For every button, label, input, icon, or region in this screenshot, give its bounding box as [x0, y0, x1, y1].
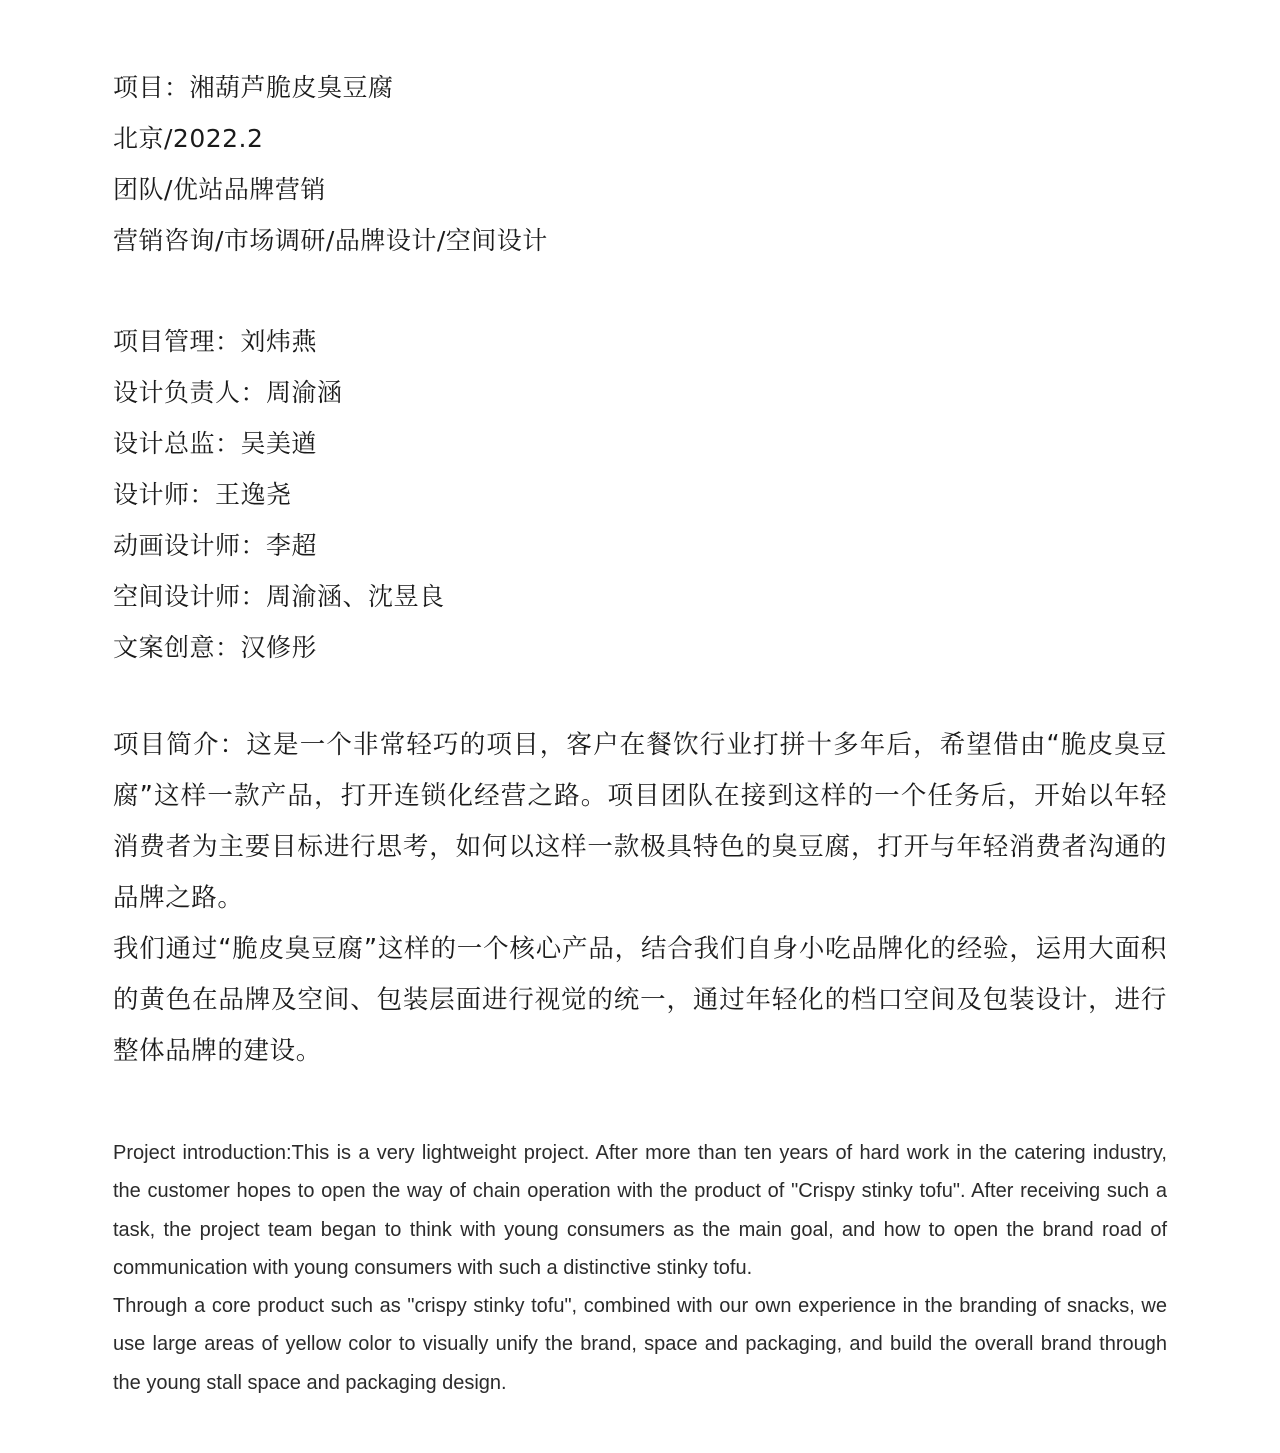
- credit-person: 王逸尧: [215, 480, 292, 509]
- credit-role: 空间设计师：: [113, 582, 266, 611]
- credit-person: 刘炜燕: [241, 327, 318, 356]
- credit-role: 设计总监：: [113, 429, 241, 458]
- project-name: 湘葫芦脆皮臭豆腐: [190, 73, 394, 102]
- team-line: 团队/优站品牌营销: [113, 164, 1167, 215]
- project-label: 项目：: [113, 73, 190, 102]
- credit-role: 项目管理：: [113, 327, 241, 356]
- credit-item-design-lead: 设计负责人：周渝涵: [113, 367, 1167, 418]
- credit-item-animation-designer: 动画设计师：李超: [113, 520, 1167, 571]
- credit-role: 动画设计师：: [113, 531, 266, 560]
- credit-person: 吴美遒: [241, 429, 318, 458]
- credit-person: 周渝涵: [266, 378, 343, 407]
- credit-person: 李超: [266, 531, 317, 560]
- project-header: 项目：湘葫芦脆皮臭豆腐 北京/2022.2 团队/优站品牌营销 营销咨询/市场调…: [113, 62, 1167, 266]
- credit-person: 汉修彤: [241, 633, 318, 662]
- credit-item-copywriter: 文案创意：汉修彤: [113, 622, 1167, 673]
- credit-person: 周渝涵、沈昱良: [266, 582, 445, 611]
- credit-role: 文案创意：: [113, 633, 241, 662]
- credit-item-design-director: 设计总监：吴美遒: [113, 418, 1167, 469]
- services-line: 营销咨询/市场调研/品牌设计/空间设计: [113, 215, 1167, 266]
- intro-paragraph-en-1: Project introduction:This is a very ligh…: [113, 1134, 1167, 1287]
- credit-role: 设计负责人：: [113, 378, 266, 407]
- credits-list: 项目管理：刘炜燕 设计负责人：周渝涵 设计总监：吴美遒 设计师：王逸尧 动画设计…: [113, 316, 1167, 673]
- credit-item-designer: 设计师：王逸尧: [113, 469, 1167, 520]
- intro-paragraph-cn-1: 项目简介：这是一个非常轻巧的项目，客户在餐饮行业打拼十多年后，希望借由“脆皮臭豆…: [113, 720, 1167, 924]
- credit-role: 设计师：: [113, 480, 215, 509]
- credit-item-project-manager: 项目管理：刘炜燕: [113, 316, 1167, 367]
- credit-item-space-designer: 空间设计师：周渝涵、沈昱良: [113, 571, 1167, 622]
- project-intro-english: Project introduction:This is a very ligh…: [113, 1134, 1167, 1402]
- project-intro-chinese: 项目简介：这是一个非常轻巧的项目，客户在餐饮行业打拼十多年后，希望借由“脆皮臭豆…: [113, 720, 1167, 1077]
- intro-paragraph-en-2: Through a core product such as "crispy s…: [113, 1287, 1167, 1402]
- intro-paragraph-cn-2: 我们通过“脆皮臭豆腐”这样的一个核心产品，结合我们自身小吃品牌化的经验，运用大面…: [113, 924, 1167, 1077]
- location-date: 北京/2022.2: [113, 113, 1167, 164]
- project-title-line: 项目：湘葫芦脆皮臭豆腐: [113, 62, 1167, 113]
